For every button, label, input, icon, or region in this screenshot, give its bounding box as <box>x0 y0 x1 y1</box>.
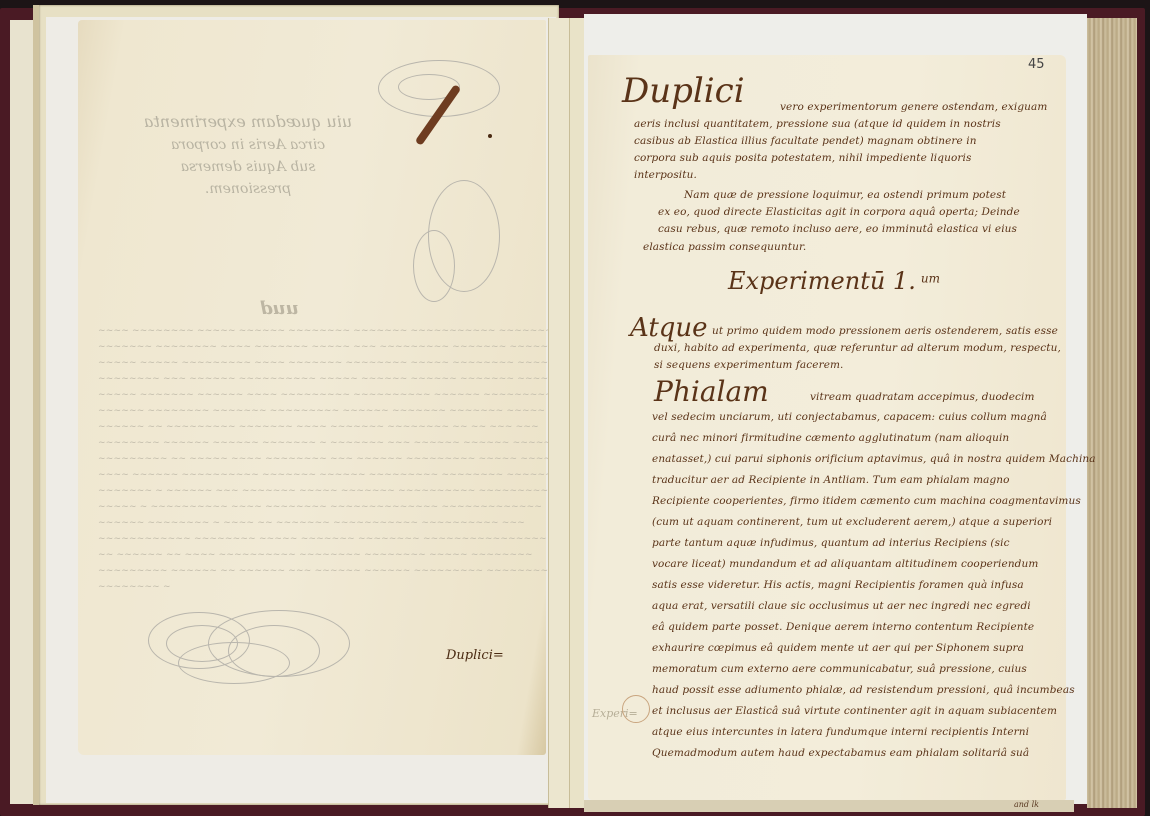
right-page: 45 Duplici vero experimentorum genere os… <box>588 55 1066 800</box>
ghost-line: ~~~~~~ ~~~~~~~~ ~~~~~~~ ~~~~~~~~~ ~~~~~~… <box>98 406 545 416</box>
folio-number: 45 <box>1028 57 1045 72</box>
left-page: uiu quædam experimenta circa Aeris in co… <box>78 20 546 755</box>
text-line: aqua erat, versatili claue sic occlusimu… <box>652 600 1031 612</box>
text-line: exhaurire cœpimus eâ quidem mente ut aer… <box>652 642 1024 654</box>
text-line: aeris inclusi quantitatem, pressione sua… <box>634 118 1001 130</box>
text-line: vero experimentorum genere ostendam, exi… <box>780 101 1047 113</box>
text-line: satis esse videretur. His actis, magni R… <box>652 579 1024 591</box>
paragraph-initial: Duplici <box>622 71 745 111</box>
text-line: Quemadmodum autem haud expectabamus eam … <box>652 747 1029 759</box>
mirror-title-line: uiu quædam experimenta <box>118 112 378 131</box>
text-line: interpositu. <box>634 169 697 181</box>
text-line: si sequens experimentum facerem. <box>654 359 844 371</box>
ghost-heading: uud <box>260 298 299 319</box>
ghost-line: ~~ ~~~~~~ ~~ ~~~~ ~~~~~~~~~~ ~~~~~~~~ ~~… <box>98 550 533 560</box>
paragraph-initial: Phialam <box>654 375 769 408</box>
swirl-decoration <box>413 230 455 302</box>
text-line: Recipiente cooperientes, firmo itidem cæ… <box>652 495 1081 507</box>
text-line: traducitur aer ad Recipiente in Antliam.… <box>652 474 1010 486</box>
paragraph-initial: Atque <box>630 313 708 343</box>
margin-flourish <box>622 695 650 723</box>
text-line: haud possit esse adiumento phialæ, ad re… <box>652 684 1075 696</box>
bottom-edge-note: and lk <box>1014 800 1039 809</box>
text-line: casibus ab Elastica illius facultate pen… <box>634 135 977 147</box>
text-line: enatasset,) cui parui siphonis orificium… <box>652 453 1096 465</box>
gutter-strip <box>548 18 570 808</box>
heading-superscript: um <box>921 272 940 286</box>
text-line: et inclusus aer Elasticâ suâ virtute con… <box>652 705 1057 717</box>
heading-text: Experimentū 1. <box>728 267 916 295</box>
text-line: eâ quidem parte posset. Denique aerem in… <box>652 621 1034 633</box>
text-line: memoratum cum externo aere communicabatu… <box>652 663 1027 675</box>
ghost-line: ~~~~~~~ ~~~~~~~~ ~~~~ ~~~~~~~ ~~~~~ ~~~ … <box>98 342 556 352</box>
ghost-line: ~~~~~~~~ ~ <box>98 582 171 592</box>
text-line: atque eius intercuntes in latera fundumq… <box>652 726 1029 738</box>
text-line: vel sedecim unciarum, uti conjectabamus,… <box>652 411 1047 423</box>
text-line: vitream quadratam accepimus, duodecim <box>810 391 1035 403</box>
ghost-line: ~~~~~~ ~~~~~~~~ ~ ~~~~ ~~ ~~~~~~~ ~~~~~~… <box>98 518 525 528</box>
text-line: Nam quæ de pressione loquimur, ea ostend… <box>684 189 1006 201</box>
mirror-title-line: pressionem. <box>118 181 378 197</box>
ghost-line: ~~~~~~~~~ ~~~~~~ ~~ ~~~~~~ ~~~ ~~~~~~ ~~… <box>98 566 556 576</box>
ghost-line: ~~~~~~ ~~ ~~~~~~~~~ ~~~~~~~ ~~~~ ~~~~~~~… <box>98 422 539 432</box>
ghost-line: ~~~~~~~~~ ~~ ~~~~~ ~~~~ ~~~~~~~~ ~~~ ~~~… <box>98 454 551 464</box>
mirror-title: uiu quædam experimenta circa Aeris in co… <box>118 112 378 197</box>
ghost-line: ~~~~~~~~~~~~ ~~~~~~~~ ~~~~~ ~~~~~~~ ~~~~… <box>98 534 547 544</box>
mirror-title-line: circa Aeris in corpora <box>118 137 378 153</box>
ghost-line: ~~~~~ ~ ~~~~~~~~~~ ~~~~ ~~~~~~~~ ~~~~~~~… <box>98 502 542 512</box>
text-line: curâ nec minori firmitudine cæmento aggl… <box>652 432 1009 444</box>
text-line: ex eo, quod directe Elasticitas agit in … <box>658 206 1020 218</box>
mirror-title-line: sub Aquis demersa <box>118 159 378 175</box>
bottom-page-edge: and lk <box>584 800 1074 812</box>
text-line: duxi, habito ad experimenta, quæ referun… <box>654 342 1061 354</box>
ghost-line: ~~~~~~~~ ~~~ ~~~~~~ ~~~~~~~~~~ ~~~~~ ~~~… <box>98 374 548 384</box>
text-line: vocare liceat) mundandum et ad aliquanta… <box>652 558 1038 570</box>
text-line: elastica passim consequuntur. <box>643 241 806 253</box>
text-line: corpora sub aquis posita potestatem, nih… <box>634 152 971 164</box>
pencil-scribble <box>178 642 290 684</box>
ghost-line: ~~~~~ ~~~~~~~ ~~~~~~ ~~~~ ~~~~~~~~~ ~~~~… <box>98 390 561 400</box>
mirror-initial <box>378 60 498 150</box>
gutter-strip <box>570 18 585 808</box>
section-heading: Experimentū 1. um <box>728 267 940 295</box>
ghost-line: ~~~~~~~~ ~~~~~~ ~~~~~~ ~~~~~~~ ~ ~~~~~~~… <box>98 438 559 448</box>
book-fore-edge <box>1087 18 1137 808</box>
text-line: parte tantum aquæ infudimus, quantum ad … <box>652 537 1010 549</box>
text-line: ut primo quidem modo pressionem aeris os… <box>712 325 1058 337</box>
catchword: Duplici= <box>446 648 504 663</box>
text-line: (cum ut aquam continerent, tum ut exclud… <box>652 516 1052 528</box>
ghost-line: ~~~~ ~~~~~~ ~~~~~~~~~~ ~~~~~~~ ~~~~~~ ~~… <box>98 470 561 480</box>
initial-dot <box>488 134 492 138</box>
ghost-line: ~~~~ ~~~~~~~~ ~~~~~ ~~~~~~ ~~~~~~~~ ~~~~… <box>98 326 561 336</box>
ghost-line: ~~~~~~~ ~ ~~~~~~ ~~~ ~~~~~~~ ~~~~~ ~~~~~… <box>98 486 548 496</box>
ghost-line: ~~~~~ ~~~~~ ~~~~~~~~~ ~~~~ ~~~~~~~ ~~~~~… <box>98 358 548 368</box>
text-line: casu rebus, quæ remoto incluso aere, eo … <box>658 223 1017 235</box>
